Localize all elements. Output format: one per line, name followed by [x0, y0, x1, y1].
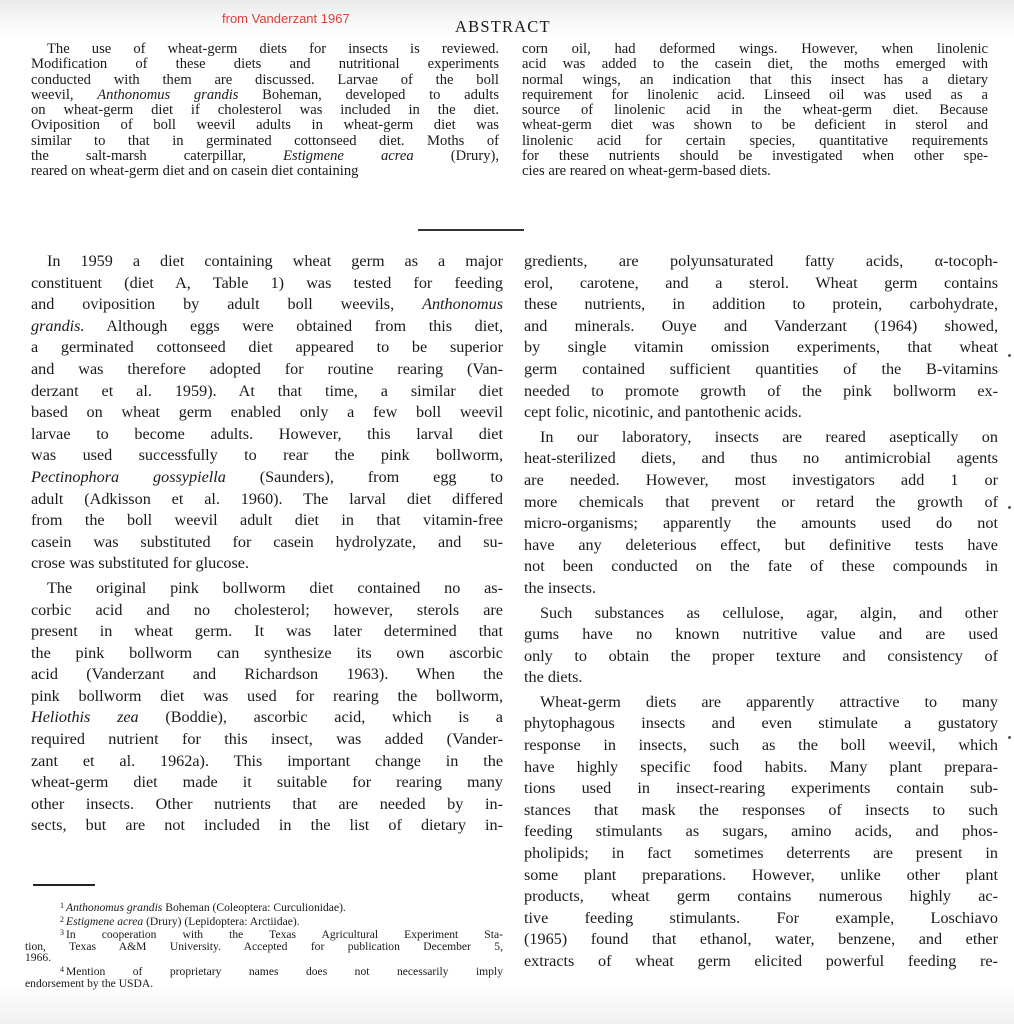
text-line: In 1959 a diet containing wheat germ as …: [31, 251, 503, 273]
text-line: tive feeding stimulants. For example, Lo…: [524, 908, 998, 930]
text-line: other insects. Other nutrients that are …: [31, 794, 503, 816]
text-line: these nutrients, in addition to protein,…: [524, 294, 998, 316]
text-line: acid (Vanderzant and Richardson 1963). W…: [31, 664, 503, 686]
text-line: erol, carotene, and a sterol. Wheat germ…: [524, 273, 998, 295]
text-line: cies are reared on wheat-germ-based diet…: [522, 164, 988, 179]
text-line: zant et al. 1962a). This important chang…: [31, 751, 503, 773]
italic-species-name: Anthonomus grandis: [97, 87, 238, 103]
footnote-4: 4Mention of proprietary names does not n…: [25, 964, 503, 989]
italic-species-name: Heliothis zea: [31, 708, 139, 726]
text-line: only to obtain the proper texture and co…: [524, 646, 998, 668]
text-line: are needed. However, most investigators …: [524, 470, 998, 492]
footnote-2: 2Estigmene acrea (Drury) (Lepidoptera: A…: [25, 914, 503, 928]
section-divider: [418, 229, 524, 231]
italic-species-name: grandis.: [31, 317, 85, 335]
text-line: Oviposition of boll weevil adults in whe…: [31, 118, 499, 133]
text-line: linolenic acid for certain species, quan…: [522, 134, 988, 149]
text-line: reared on wheat-germ diet and on casein …: [31, 164, 499, 179]
italic-species-name: Anthonomus: [422, 295, 503, 313]
text-line: grandis. Although eggs were obtained fro…: [31, 316, 503, 338]
text-line: derzant et al. 1959). At that time, a si…: [31, 381, 503, 403]
text-line: for these nutrients should be investigat…: [522, 149, 988, 164]
text-line: similar to that in germinated cottonseed…: [31, 134, 499, 149]
text-line: the salt-marsh caterpillar, Estigmene ac…: [31, 149, 499, 164]
text-line: pholipids; in fact sometimes deterrents …: [524, 843, 998, 865]
text-line: phytophagous insects and even stimulate …: [524, 713, 998, 735]
text-line: pink bollworm diet was used for rearing …: [31, 686, 503, 708]
text-line: and oviposition by adult boll weevils, A…: [31, 294, 503, 316]
text-line: Pectinophora gossypiella (Saunders), fro…: [31, 467, 503, 489]
paragraph: Wheat-germ diets are apparently attracti…: [524, 692, 998, 973]
text-line: on wheat-germ diet if cholesterol was in…: [31, 103, 499, 118]
text-line: was used successfully to rear the pink b…: [31, 445, 503, 467]
text-line: corn oil, had deformed wings. However, w…: [522, 42, 988, 57]
text-line: constituent (diet A, Table 1) was tested…: [31, 273, 503, 295]
abstract-right-column: corn oil, had deformed wings. However, w…: [522, 42, 988, 180]
text-line: corbic acid and no cholesterol; however,…: [31, 600, 503, 622]
italic-species-name: Anthonomus grandis: [66, 901, 162, 914]
paragraph: In our laboratory, insects are reared as…: [524, 427, 998, 600]
text-line: more chemicals that prevent or retard th…: [524, 492, 998, 514]
text-line: 1966.: [25, 952, 503, 964]
text-line: normal wings, an indication that this in…: [522, 73, 988, 88]
text-line: cept folic, nicotinic, and pantothenic a…: [524, 402, 998, 424]
text-line: gums have no known nutritive value and a…: [524, 624, 998, 646]
margin-mark: [1008, 354, 1011, 357]
text-line: weevil, Anthonomus grandis Boheman, deve…: [31, 88, 499, 103]
text-line: requirement for linolenic acid. Linseed …: [522, 88, 988, 103]
footnote-marker: 3: [60, 928, 64, 937]
text-line: and minerals. Ouye and Vanderzant (1964)…: [524, 316, 998, 338]
paragraph: The original pink bollworm diet containe…: [31, 578, 503, 837]
text-line: by single vitamin omission experiments, …: [524, 337, 998, 359]
text-line: In our laboratory, insects are reared as…: [524, 427, 998, 449]
text-line: required nutrient for this insect, was a…: [31, 729, 503, 751]
text-line: response in insects, such as the boll we…: [524, 735, 998, 757]
text-line: conducted with them are discussed. Larva…: [31, 73, 499, 88]
text-line: not been conducted on the fate of these …: [524, 556, 998, 578]
text-line: gredients, are polyunsaturated fatty aci…: [524, 251, 998, 273]
paragraph: Such substances as cellulose, agar, algi…: [524, 603, 998, 689]
text-line: The use of wheat-germ diets for insects …: [31, 42, 499, 57]
text-line: endorsement by the USDA.: [25, 978, 503, 990]
text-line: Modification of these diets and nutritio…: [31, 57, 499, 72]
footnote-1: 1Anthonomus grandis Boheman (Coleoptera:…: [25, 900, 503, 914]
text-line: the diets.: [524, 667, 998, 689]
text-line: present in wheat germ. It was later dete…: [31, 621, 503, 643]
text-line: wheat-germ diet made it suitable for rea…: [31, 772, 503, 794]
text-line: feeding stimulants as sugars, amino acid…: [524, 821, 998, 843]
text-line: based on wheat germ enabled only a few b…: [31, 402, 503, 424]
text-line: wheat-germ diet was shown to be deficien…: [522, 118, 988, 133]
footnote-rule: [33, 884, 95, 886]
italic-species-name: Estigmene acrea: [283, 148, 414, 164]
text-line: a germinated cottonseed diet appeared to…: [31, 337, 503, 359]
text-line: the insects.: [524, 578, 998, 600]
paragraph: In 1959 a diet containing wheat germ as …: [31, 251, 503, 575]
text-line: Heliothis zea (Boddie), ascorbic acid, w…: [31, 707, 503, 729]
text-line: some plant preparations. However, unlike…: [524, 865, 998, 887]
text-line: (1965) found that ethanol, water, benzen…: [524, 929, 998, 951]
text-line: have highly specific food habits. Many p…: [524, 757, 998, 779]
text-line: 3In cooperation with the Texas Agricultu…: [25, 927, 503, 941]
abstract-left-column: The use of wheat-germ diets for insects …: [31, 42, 499, 180]
text-line: needed to promote growth of the pink bol…: [524, 381, 998, 403]
italic-species-name: Pectinophora gossypiella: [31, 468, 226, 486]
footnotes: 1Anthonomus grandis Boheman (Coleoptera:…: [25, 900, 503, 989]
footnote-marker: 4: [60, 965, 64, 974]
text-line: crose was substituted for glucose.: [31, 553, 503, 575]
text-line: tions used in insect-rearing experiments…: [524, 778, 998, 800]
source-annotation: from Vanderzant 1967: [222, 11, 350, 26]
footnote-3: 3In cooperation with the Texas Agricultu…: [25, 927, 503, 964]
text-line: adult (Adkisson et al. 1960). The larval…: [31, 489, 503, 511]
paragraph: gredients, are polyunsaturated fatty aci…: [524, 251, 998, 424]
body-right-column: gredients, are polyunsaturated fatty aci…: [524, 251, 998, 973]
text-line: micro-organisms; apparently the amounts …: [524, 513, 998, 535]
text-line: products, wheat germ contains numerous h…: [524, 886, 998, 908]
text-line: from the boll weevil adult diet in that …: [31, 510, 503, 532]
text-line: germ contained sufficient quantities of …: [524, 359, 998, 381]
text-line: 2Estigmene acrea (Drury) (Lepidoptera: A…: [25, 914, 503, 928]
text-line: casein was substituted for casein hydrol…: [31, 532, 503, 554]
text-line: the pink bollworm can synthesize its own…: [31, 643, 503, 665]
text-line: The original pink bollworm diet containe…: [31, 578, 503, 600]
italic-species-name: Estigmene acrea: [66, 915, 143, 928]
text-line: and was therefore adopted for routine re…: [31, 359, 503, 381]
text-line: Wheat-germ diets are apparently attracti…: [524, 692, 998, 714]
body-left-column: In 1959 a diet containing wheat germ as …: [31, 251, 503, 837]
text-line: source of linolenic acid in the wheat-ge…: [522, 103, 988, 118]
margin-mark: [1008, 736, 1011, 739]
text-line: acid was added to the casein diet, the m…: [522, 57, 988, 72]
text-line: stances that mask the responses of insec…: [524, 800, 998, 822]
page-bottom-shadow: [0, 984, 1014, 1024]
text-line: sects, but are not included in the list …: [31, 815, 503, 837]
footnote-marker: 2: [60, 915, 64, 924]
text-line: heat-sterilized diets, and thus no antim…: [524, 448, 998, 470]
abstract-heading: ABSTRACT: [455, 17, 551, 37]
text-line: 1Anthonomus grandis Boheman (Coleoptera:…: [25, 900, 503, 914]
text-line: have any deleterious effect, but definit…: [524, 535, 998, 557]
text-line: Such substances as cellulose, agar, algi…: [524, 603, 998, 625]
margin-mark: [1008, 506, 1011, 509]
footnote-marker: 1: [60, 901, 64, 910]
text-line: extracts of wheat germ elicited powerful…: [524, 951, 998, 973]
text-line: tion, Texas A&M University. Accepted for…: [25, 941, 503, 953]
text-line: larvae to become adults. However, this l…: [31, 424, 503, 446]
text-line: 4Mention of proprietary names does not n…: [25, 964, 503, 978]
